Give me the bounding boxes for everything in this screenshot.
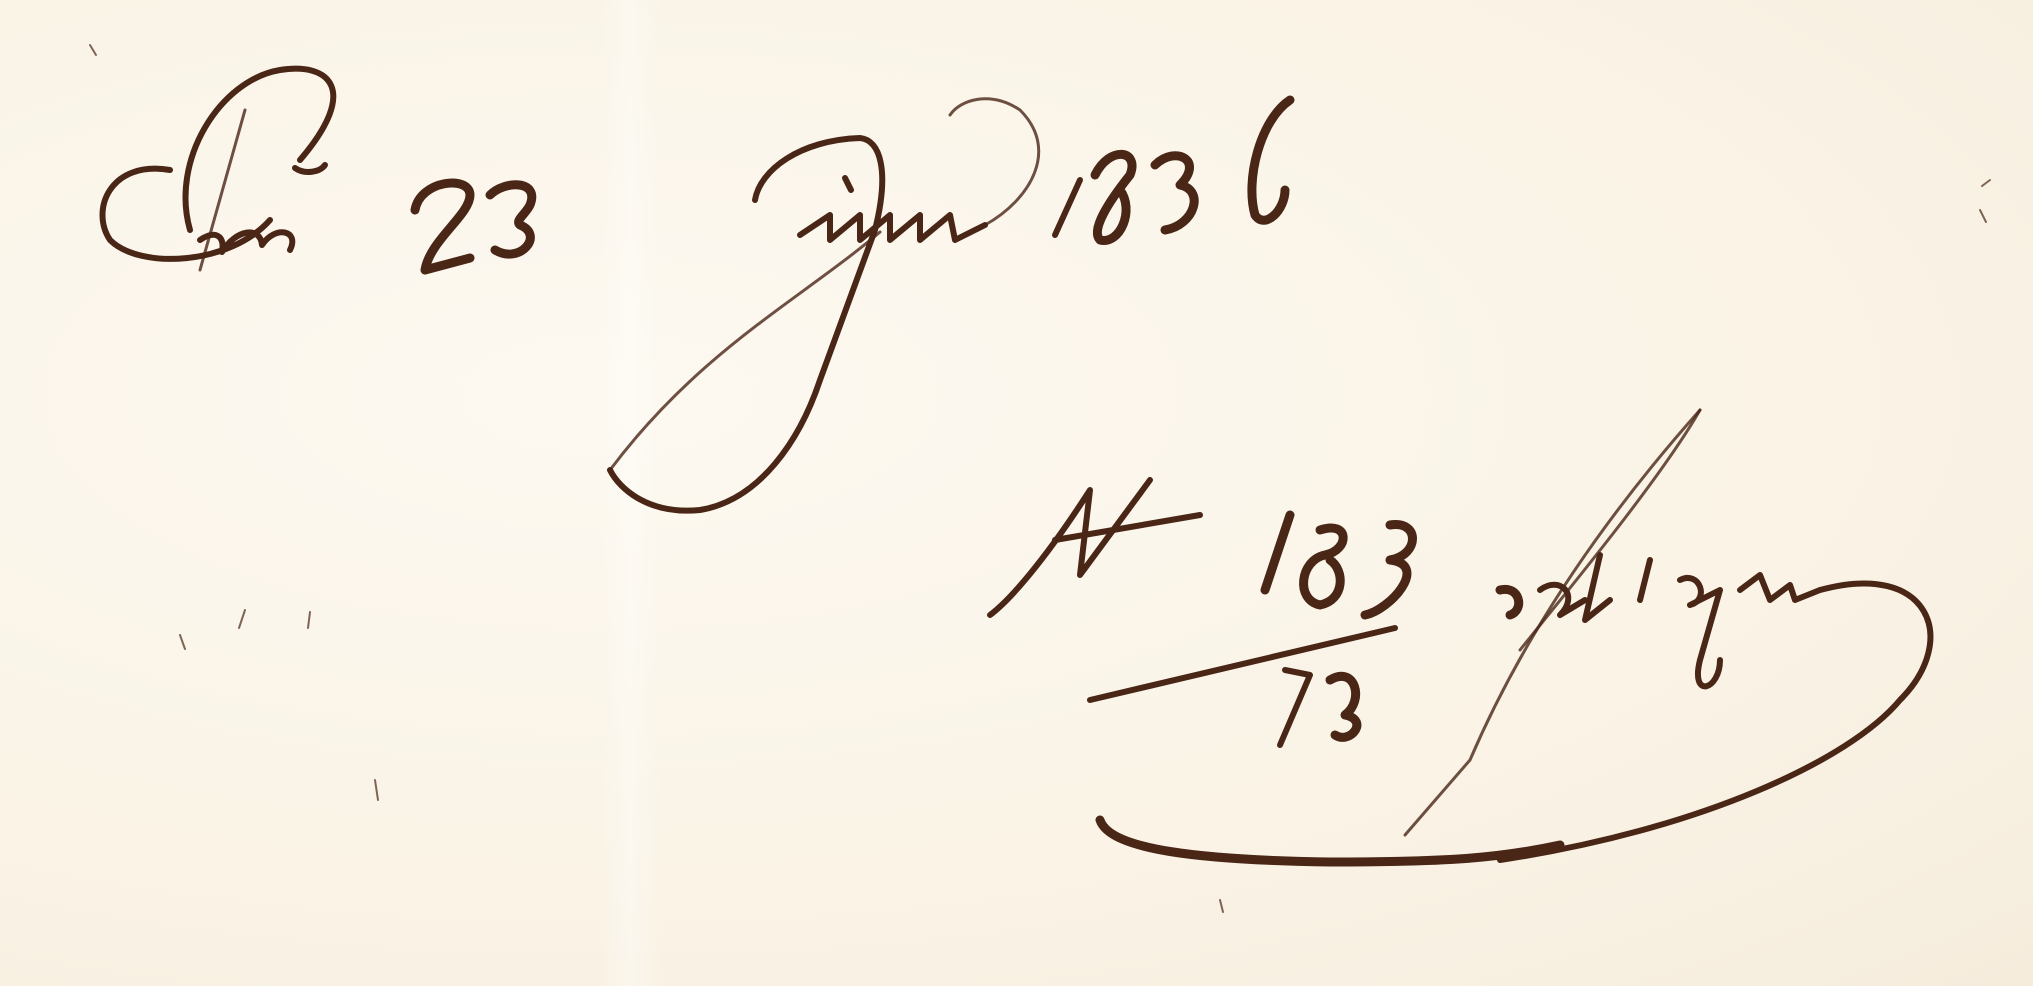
handwriting bbox=[0, 0, 2033, 986]
document-page: Praes 23 Jänner 1836 № 189/73 [signature… bbox=[0, 0, 2033, 986]
day-23 bbox=[415, 183, 532, 270]
month-janner bbox=[610, 99, 1039, 511]
year-1836 bbox=[1055, 100, 1290, 240]
paper-fibers bbox=[90, 45, 1990, 912]
word-praes bbox=[103, 69, 334, 270]
signature bbox=[1100, 410, 1930, 862]
registry-number bbox=[990, 480, 1413, 745]
